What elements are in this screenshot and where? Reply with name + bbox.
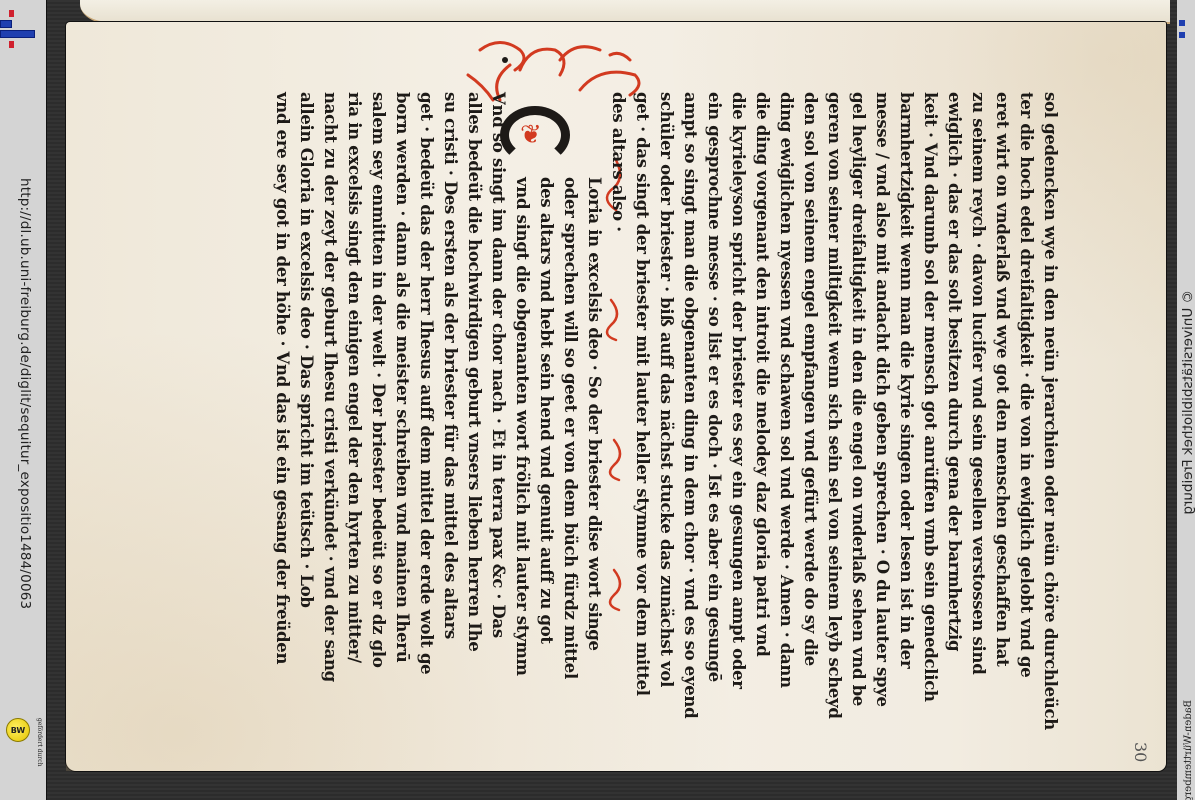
text-line: zu seinem reych · davon lucifer vnd sein… <box>969 92 988 674</box>
text-line: die ding vorgenant den introit die melod… <box>753 92 772 656</box>
text-line: nacht zu der zeyt der geburt Ihesu crist… <box>321 92 340 682</box>
text-line: ria in excelsis singt den einigen engel … <box>345 92 364 663</box>
library-logo-icon <box>0 10 40 50</box>
text-line: Vnd so singt im dann der chor nach · Et … <box>489 92 508 638</box>
funded-by-label: gefördert durch <box>36 718 43 766</box>
text-line: eret wirt on vnderlaß vnd wye got den me… <box>993 92 1012 667</box>
text-line: alles bedeüt die hochwirdigen geburt vns… <box>465 92 484 652</box>
text-line: get · bedeüt das der herr Ihesus auff de… <box>417 92 436 674</box>
text-line: salem sey enmitten in der welt · Der bri… <box>369 92 388 668</box>
text-line: gel heyliger dreifaltigkeit in den die e… <box>849 92 868 706</box>
text-line: sol gedencken wye in den neün jerarchien… <box>1041 92 1060 730</box>
text-line: get · das singt der briester mit lauter … <box>633 92 652 696</box>
copyright-mirrored: © Universitätsbibliothek Freiburg <box>1180 290 1195 515</box>
text-line: messe / vnd also mit andacht dich geben … <box>873 92 892 707</box>
page-text-block: sol gedencken wye in den neün jerarchien… <box>260 92 1060 602</box>
text-line: die kyrieleyson spricht der briester es … <box>729 92 748 689</box>
bw-seal-icon: BW <box>6 718 30 742</box>
text-line: ampt so singt man die obgenanten ding in… <box>681 92 700 718</box>
text-line: den sol von seinem engel empfangen vnd g… <box>801 92 820 666</box>
text-line: vnd ere sey got in der höhe · Vnd das is… <box>273 92 292 664</box>
text-line: vnd singt die obgenanten wort frölich mi… <box>513 177 532 676</box>
text-line: Loria in excelsis deo · So der briester … <box>585 177 604 651</box>
text-line: ewiglich · das er das solt besitzen durc… <box>945 92 964 651</box>
text-line: keit · Vnd darumb sol der mensch got anr… <box>921 92 940 702</box>
left-info-panel: http://dl.ub.uni-freiburg.de/diglit/sequ… <box>0 0 47 800</box>
text-line: born werden · dann als die meister schre… <box>393 92 412 662</box>
text-line: oder sprechen will so geet er von dem bü… <box>561 177 580 679</box>
text-line: allein Gloria in excelsis deo · Das spri… <box>297 92 316 608</box>
text-line: ter die hoch edel dreifaltigkeit · die v… <box>1017 92 1036 677</box>
text-line: geren von seiner miltigkeit wenn sich se… <box>825 92 844 719</box>
text-line: schüler oder briester · biß auff das näc… <box>657 92 676 687</box>
text-line: su cristi · Des ersten als der briester … <box>441 92 460 639</box>
text-line: ein gesprochne messe · so list er es doc… <box>705 92 724 682</box>
permalink-url[interactable]: http://dl.ub.uni-freiburg.de/diglit/sequ… <box>17 178 33 609</box>
text-line: des altars vnd hebt sein hend vnd genuit… <box>537 177 556 644</box>
text-line: des altars also · <box>609 92 628 232</box>
funder-mirrored: Baden-Württemberg <box>1183 700 1194 800</box>
text-line: barmhertzigkeit wenn man die kyrie singe… <box>897 92 916 668</box>
facing-page-edge <box>80 0 1170 24</box>
folio-number: 30 <box>1131 742 1150 762</box>
text-line: ding ewiglichen nyessen vnd schawen sol … <box>777 92 796 688</box>
